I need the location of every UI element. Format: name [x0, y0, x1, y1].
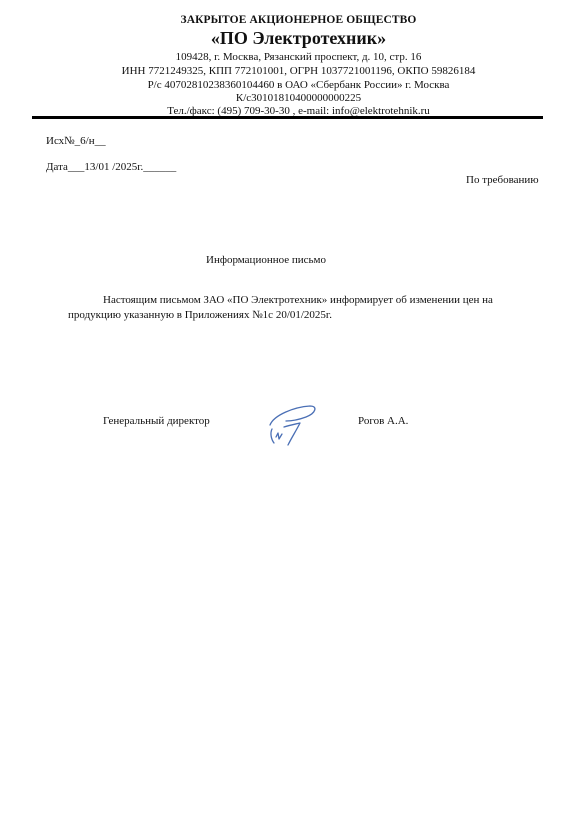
- signature-icon: [266, 403, 326, 447]
- addressee: По требованию: [466, 174, 539, 186]
- company-name: «ПО Электротехник»: [12, 28, 573, 49]
- letter-body-line-1: Настоящим письмом ЗАО «ПО Электротехник»…: [103, 294, 493, 306]
- letter-title: Информационное письмо: [206, 254, 326, 266]
- outgoing-number: Исх№_6/н__: [46, 135, 106, 147]
- signatory-position: Генеральный директор: [103, 415, 210, 427]
- document-date: Дата___13/01 /2025г.______: [46, 161, 176, 173]
- signatory-name: Рогов А.А.: [358, 415, 408, 427]
- company-registration: ИНН 7721249325, КПП 772101001, ОГРН 1037…: [12, 64, 573, 78]
- company-address: 109428, г. Москва, Рязанский проспект, д…: [12, 50, 573, 64]
- letterhead-divider: [32, 116, 543, 119]
- letter-body-line-2: продукцию указанную в Приложениях №1с 20…: [68, 309, 332, 321]
- correspondent-account: К/с30101810400000000225: [12, 91, 573, 105]
- company-type: ЗАКРЫТОЕ АКЦИОНЕРНОЕ ОБЩЕСТВО: [12, 14, 573, 26]
- bank-account: Р/с 40702810238360104460 в ОАО «Сбербанк…: [12, 78, 573, 92]
